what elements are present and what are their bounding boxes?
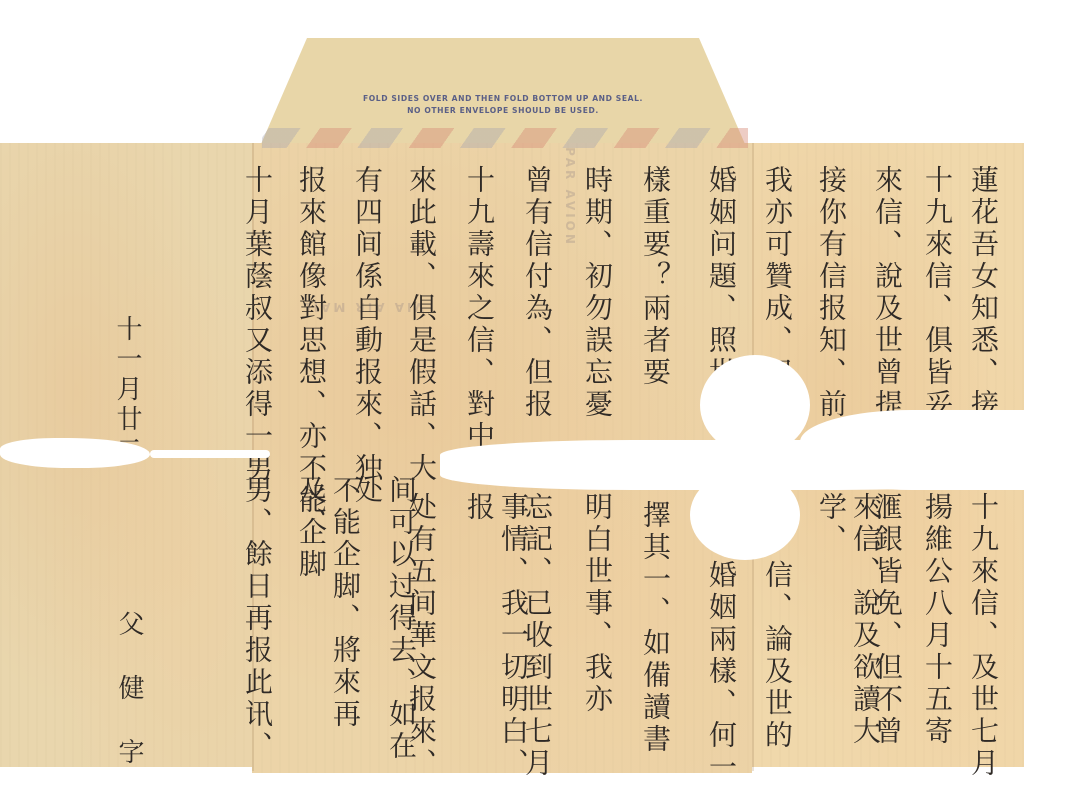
letter-column: 來信、說及欲讀大学、 — [814, 492, 882, 789]
torn-hole — [690, 470, 800, 560]
letter-column: 接你有信报知、前 — [814, 165, 848, 421]
torn-hole — [0, 438, 150, 468]
flap-instruction-line-2: NO OTHER ENVELOPE SHOULD BE USED. — [258, 106, 748, 115]
signature: 父 健 字 — [112, 610, 146, 768]
letter-column: 時期、初勿誤忘憂 — [580, 165, 614, 421]
letter-column: 十九來信、俱皆妥 — [920, 165, 954, 421]
torn-hole — [150, 450, 270, 458]
letter-column: 樣重要？兩者要 — [638, 165, 672, 389]
letter-column: 信、論及世的 — [760, 560, 794, 752]
faded-airmail-mark: PAR AVION — [563, 147, 577, 247]
torn-hole — [700, 355, 810, 455]
letter-column: 婚姻问題、照世 — [704, 165, 738, 389]
letter-column: 來此載、俱是假話、大 — [404, 165, 438, 485]
letter-column: 曾有信付為、但报 — [520, 165, 554, 421]
letter-column: 婚姻兩樣、何一 — [704, 560, 738, 784]
page-margin — [1024, 140, 1080, 789]
letter-column: 不能企脚、將來再及、 — [294, 475, 362, 789]
letter-column: 揚維公八月十五寄 — [920, 492, 954, 748]
letter-column: 十九壽來之信、對中 — [462, 165, 496, 453]
letter-column: 十月葉蔭叔又添得一男 — [240, 165, 274, 485]
airmail-border-stripes — [262, 128, 748, 148]
letter-column: 有四间係自動报來、独 — [350, 165, 384, 485]
letter-column: 男、餘日再报此讯、 — [240, 475, 274, 763]
letter-column: 明白世事、我亦 — [580, 492, 614, 716]
letter-column: 十九來信、及世七月 — [966, 492, 1000, 780]
flap-instruction-line-1: FOLD SIDES OVER AND THEN FOLD BOTTOM UP … — [258, 94, 748, 103]
letter-column: 擇其一、如備讀書 — [638, 500, 672, 756]
letter-column: 事情、我一切明白、报 — [462, 492, 530, 789]
